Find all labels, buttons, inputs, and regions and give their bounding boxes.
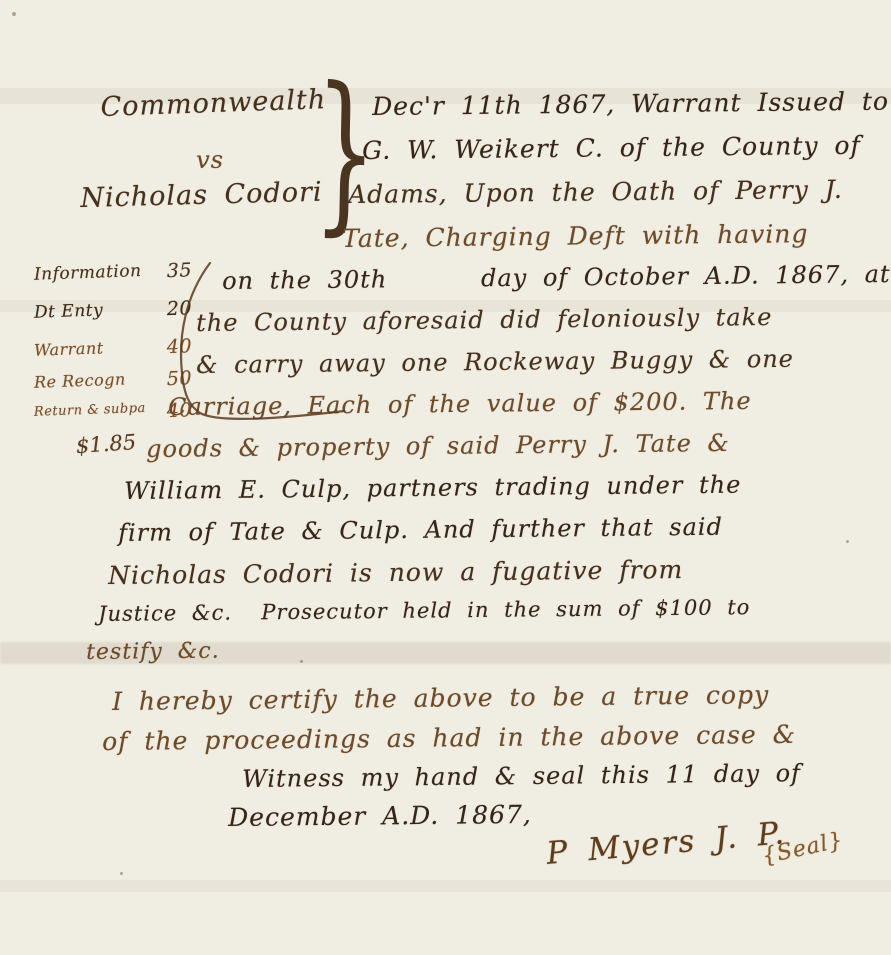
paper-speck xyxy=(12,12,16,16)
caption-versus: vs xyxy=(196,146,224,174)
fee-amount: 40 xyxy=(166,399,192,422)
body-line: & carry away one Rockeway Buggy & one xyxy=(196,345,794,379)
fee-label: Re Recogn xyxy=(34,370,126,395)
fee-label: Information xyxy=(34,261,142,287)
body-line: the County aforesaid did feloniously tak… xyxy=(196,303,773,337)
body-line: William E. Culp, partners trading under … xyxy=(124,471,741,505)
certification-line: December A.D. 1867, xyxy=(228,800,532,832)
body-line: on the 30th day of October A.D. 1867, at xyxy=(222,260,891,295)
fee-row: Re Recogn 50 xyxy=(34,367,193,395)
scan-streak xyxy=(0,880,891,892)
fee-row: Return & subpa 40 xyxy=(34,399,193,427)
caption-party-defendant: Nicholas Codori xyxy=(80,177,323,214)
fee-label: Return & subpa xyxy=(34,401,147,427)
caption-party-plaintiff: Commonwealth xyxy=(100,84,327,123)
body-line: Nicholas Codori is now a fugative from xyxy=(108,555,683,590)
fee-label: Warrant xyxy=(34,338,104,362)
body-line: firm of Tate & Culp. And further that sa… xyxy=(118,513,723,547)
body-line: Adams, Upon the Oath of Perry J. xyxy=(348,175,843,209)
certification-line: of the proceedings as had in the above c… xyxy=(102,720,796,756)
paper-speck xyxy=(846,540,849,543)
fee-row: Warrant 40 xyxy=(34,335,193,363)
body-line: testify &c. xyxy=(86,639,220,665)
paper-speck xyxy=(300,660,303,663)
body-line: Tate, Charging Deft with having xyxy=(342,219,809,253)
body-line: Carriage, Each of the value of $200. The xyxy=(168,387,752,421)
fee-total: $1.85 xyxy=(75,430,137,458)
fee-amount: 20 xyxy=(166,297,192,320)
document-page: Commonwealth vs Nicholas Codori } Dec'r … xyxy=(0,0,891,955)
body-line: G. W. Weikert C. of the County of xyxy=(362,131,861,165)
fee-label: Dt Enty xyxy=(34,300,104,324)
certification-line: I hereby certify the above to be a true … xyxy=(112,680,769,716)
body-line: Justice &c. Prosecutor held in the sum o… xyxy=(98,595,750,626)
paper-speck xyxy=(120,872,123,875)
signature: P Myers J. P. xyxy=(545,815,787,872)
fee-amount: 50 xyxy=(166,367,192,390)
fee-row: Information 35 xyxy=(34,259,193,287)
fee-row: Dt Enty 20 xyxy=(34,297,193,325)
body-line: goods & property of said Perry J. Tate & xyxy=(146,429,730,463)
body-line: Dec'r 11th 1867, Warrant Issued to xyxy=(372,87,889,121)
certification-line: Witness my hand & seal this 11 day of xyxy=(242,759,801,793)
fee-amount: 35 xyxy=(166,259,192,282)
fee-amount: 40 xyxy=(166,335,192,358)
